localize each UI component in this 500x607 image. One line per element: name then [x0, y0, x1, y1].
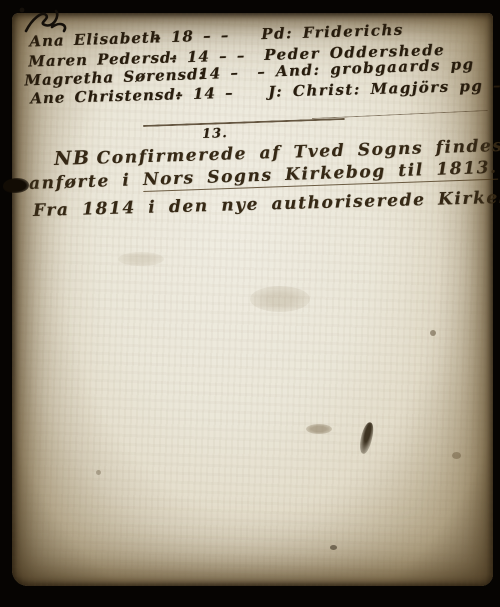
age-value: 14 – — [198, 64, 239, 83]
note-line: Fra 1814 i den nye authoriserede Kirkebo… — [33, 187, 500, 221]
record-row: Ana Elisabeth – 18 – – Pd: Friderichs — [12, 18, 493, 33]
note-text: anførte i — [29, 170, 131, 194]
scanned-page-photo: Ana Elisabeth – 18 – – Pd: Friderichs Ma… — [0, 0, 500, 607]
confirmand-name: Ana Elisabeth — [29, 28, 162, 50]
age-value: – 18 – – — [153, 26, 230, 46]
note-text: Fra 1814 i den nye authoriserede Kirkebo… — [33, 187, 500, 221]
nb-mark: NB — [54, 147, 91, 170]
manuscript-page: Ana Elisabeth – 18 – – Pd: Friderichs Ma… — [12, 13, 493, 586]
witness-name: Pd: Friderichs — [261, 21, 404, 43]
confirmand-name: Ane Christensd: — [30, 85, 183, 107]
witness-name: J: Christ: Magjörs pg – — [268, 76, 500, 101]
age-value: – 14 – — [175, 84, 234, 104]
